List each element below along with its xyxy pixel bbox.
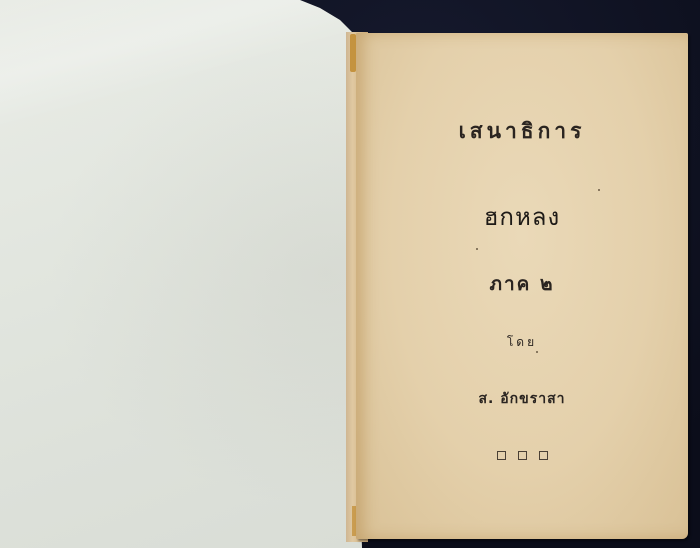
by-label: โดย [356,333,688,352]
book-title: เสนาธิการ [356,115,688,148]
photo-scene: เสนาธิการ ฮกหลง ภาค ๒ โดย ส. อักขราสา [0,0,700,548]
paper-speck [476,248,478,250]
paper-speck [536,351,538,353]
author-name: ส. อักขราสา [356,388,688,410]
volume-part: ภาค ๒ [356,269,688,299]
left-blank-page [0,0,362,548]
square-ornament-icon [539,451,548,460]
right-title-page: เสนาธิการ ฮกหลง ภาค ๒ โดย ส. อักขราสา [356,33,688,539]
square-ornament-icon [497,451,506,460]
book-subtitle: ฮกหลง [356,197,688,236]
square-ornament-icon [518,451,527,460]
paper-speck [598,189,600,191]
ornament-marks [356,451,688,460]
